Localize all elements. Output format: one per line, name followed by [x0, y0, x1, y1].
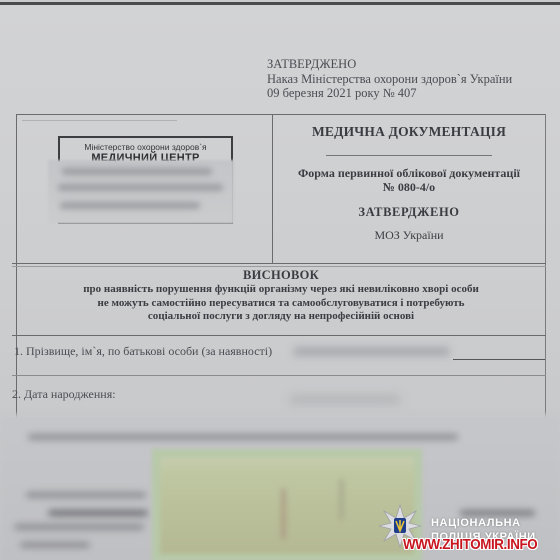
frame-divider-1b: [12, 266, 546, 267]
top-edge: [0, 2, 560, 5]
redacted-birth-date: [290, 395, 400, 404]
conclusion-line: про наявність порушення функцій організм…: [17, 283, 545, 297]
frame-border-right: [545, 114, 546, 434]
document-paper: ЗАТВЕРДЖЕНО Наказ Міністерства охорони з…: [0, 2, 560, 560]
form-info-block: МЕДИЧНА ДОКУМЕНТАЦІЯ Форма первинної обл…: [273, 120, 545, 243]
title-rule: [326, 155, 492, 156]
medical-doc-title: МЕДИЧНА ДОКУМЕНТАЦІЯ: [273, 124, 545, 140]
conclusion-heading: ВИСНОВОК: [17, 268, 545, 283]
conclusion-block: ВИСНОВОК про наявність порушення функцій…: [17, 268, 545, 324]
conclusion-line: не можуть самостійно пересуватися та сам…: [17, 297, 545, 311]
form-name-text: Форма первинної облікової документації: [273, 166, 545, 180]
form-name: Форма первинної облікової документації №…: [273, 166, 545, 194]
faint-rule: [22, 120, 177, 121]
order-line: Наказ Міністерства охорони здоров`я Укра…: [267, 72, 512, 87]
conclusion-line: соціальної послуги з догляду на непрофес…: [17, 310, 545, 324]
full-name-underline: [453, 359, 545, 360]
frame-divider-2: [12, 335, 546, 336]
redacted-stamp-details: [48, 160, 234, 224]
approved-label: ЗАТВЕРДЖЕНО: [267, 57, 512, 72]
watermark: НАЦІОНАЛЬНА ПОЛІЦІЯ УКРАЇНИ WWW.ZHITOMIR…: [378, 502, 560, 560]
site-url: WWW.ZHITOMIR.INFO: [403, 537, 537, 553]
form-authority: МОЗ України: [273, 228, 545, 243]
police-line-1: НАЦІОНАЛЬНА: [431, 516, 536, 530]
frame-border-top: [16, 114, 546, 115]
field-birth-date-label: 2. Дата народження:: [12, 387, 116, 402]
form-approved: ЗАТВЕРДЖЕНО: [273, 205, 545, 220]
order-date: 09 березня 2021 року № 407: [267, 86, 512, 101]
frame-divider-3: [12, 375, 546, 376]
form-number: № 080-4/о: [273, 180, 545, 194]
field-full-name-label: 1. Прізвище, ім`я, по батькові особи (за…: [14, 344, 272, 359]
redacted-full-name: [294, 347, 449, 356]
approval-header: ЗАТВЕРДЖЕНО Наказ Міністерства охорони з…: [267, 57, 512, 101]
stamp-ministry: Міністерство охорони здоров`я: [60, 142, 231, 152]
frame-divider-1: [12, 263, 546, 264]
